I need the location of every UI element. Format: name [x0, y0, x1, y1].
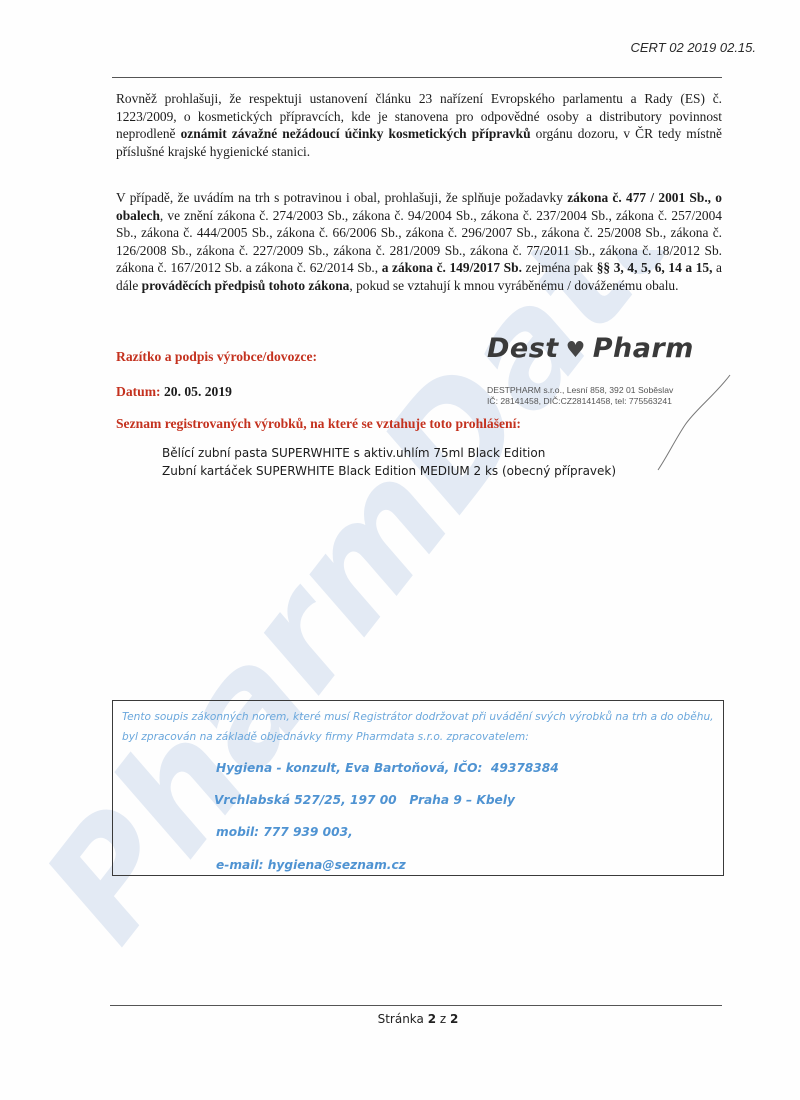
processor-email: e-mail: hygiena@seznam.cz [216, 858, 406, 872]
document-code: CERT 02 2019 02.15. [630, 40, 756, 55]
processor-address: Vrchlabská 527/25, 197 00 Praha 9 – Kbel… [214, 793, 515, 807]
bold-text: prováděcích předpisů tohoto zákona [142, 278, 350, 293]
packaging-declaration-paragraph: V případě, že uvádím na trh s potravinou… [116, 189, 722, 295]
cosmetics-declaration-paragraph: Rovněž prohlašuji, že respektuji ustanov… [116, 90, 722, 160]
heart-hands-icon: ♥ [559, 338, 593, 363]
date-row: Datum: 20. 05. 2019 [116, 384, 232, 400]
product-item: Bělící zubní pasta SUPERWHITE s aktiv.uh… [162, 444, 616, 462]
text: , pokud se vztahují k mnou vyráběnému / … [349, 278, 678, 293]
bold-text: a zákona č. 149/2017 Sb. [382, 260, 522, 275]
of-word: z [440, 1012, 446, 1026]
info-intro-text: Tento soupis zákonných norem, které musí… [122, 707, 722, 747]
logo-text-left: Dest [487, 333, 559, 364]
product-item: Zubní kartáček SUPERWHITE Black Edition … [162, 462, 616, 480]
product-list: Bělící zubní pasta SUPERWHITE s aktiv.uh… [162, 444, 616, 480]
processor-name: Hygiena - konzult, Eva Bartoňová, IČO: 4… [216, 761, 559, 775]
processor-phone: mobil: 777 939 003, [216, 825, 353, 839]
text: V případě, že uvádím na trh s potravinou… [116, 190, 567, 205]
company-stamp: Dest♥Pharm DESTPHARM s.r.o., Lesní 858, … [487, 333, 747, 413]
header-divider [112, 77, 722, 78]
page-word: Stránka [378, 1012, 424, 1026]
stamp-signature-label: Razítko a podpis výrobce/dovozce: [116, 349, 317, 365]
text: zejména pak [522, 260, 597, 275]
bold-text: oznámit závažné nežádoucí účinky kosmeti… [181, 126, 531, 141]
total-pages: 2 [450, 1012, 458, 1026]
current-page: 2 [428, 1012, 436, 1026]
date-value: 20. 05. 2019 [164, 384, 232, 399]
page-indicator: Stránka 2 z 2 [0, 1012, 800, 1026]
bold-text: §§ 3, 4, 5, 6, 14 a 15, [597, 260, 713, 275]
logo-text-right: Pharm [593, 333, 694, 364]
product-list-label: Seznam registrovaných výrobků, na které … [116, 416, 521, 432]
date-label: Datum: [116, 384, 161, 399]
processor-info-box: Tento soupis zákonných norem, které musí… [112, 700, 724, 876]
footer-divider [110, 1005, 722, 1006]
stamp-address: DESTPHARM s.r.o., Lesní 858, 392 01 Sobě… [487, 385, 673, 395]
stamp-ids: IČ: 28141458, DIČ:CZ28141458, tel: 77556… [487, 396, 672, 406]
destpharm-logo: Dest♥Pharm [487, 333, 694, 364]
